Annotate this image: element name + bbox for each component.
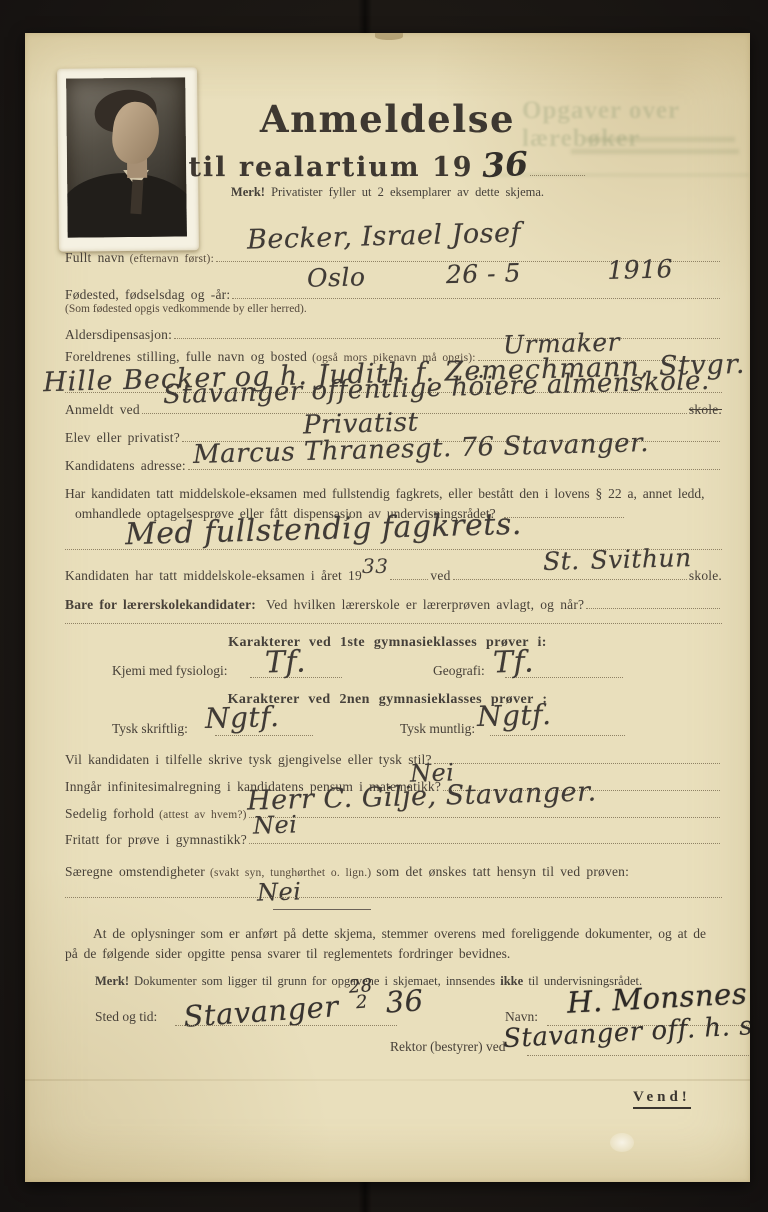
- footer-rektor-row: Rektor (bestyrer) ved: [65, 1039, 722, 1057]
- field-label: som det ønskes tatt hensyn til ved prøve…: [376, 864, 629, 880]
- field-label: Fullt navn: [65, 250, 125, 266]
- field-label-paren: (attest av hvem?): [159, 809, 247, 821]
- document-paper: Opgaver over lærebøker Anmeldelse til re…: [25, 33, 750, 1182]
- paper-spot: [610, 1133, 634, 1152]
- rektor-label: Rektor (bestyrer) ved: [390, 1039, 505, 1055]
- field-gym: Fritatt for prøve i gymnastikk?: [65, 831, 722, 848]
- field-label: Aldersdipensasjon:: [65, 327, 172, 343]
- place-date-label: Sted og tid:: [95, 1009, 157, 1025]
- dotted-line: [188, 457, 720, 470]
- grade-label-german-written: Tysk skriftlig:: [112, 721, 188, 737]
- dotted-line: [175, 1011, 397, 1026]
- handwritten-grade-chemistry: Tf.: [265, 644, 307, 680]
- form-subtitle-text: til realartium 19: [188, 152, 473, 183]
- field-address: Kandidatens adresse:: [65, 457, 722, 474]
- struck-word-skole: skole.: [689, 402, 722, 418]
- field-birth-hint: (Som fødested opgis vedkommende by eller…: [65, 303, 307, 315]
- field-label: Kandidatens adresse:: [65, 458, 186, 474]
- field-label: ved: [430, 568, 450, 584]
- field-label-paren: (efternavn først):: [130, 253, 214, 265]
- field-label: Vil kandidaten i tilfelle skrive tysk gj…: [65, 752, 432, 768]
- section-divider: [273, 909, 371, 910]
- form-title: Anmeldelse: [25, 97, 750, 141]
- note-bold: Merk!: [95, 974, 129, 988]
- dotted-line: [390, 567, 428, 580]
- field-birth: Fødested, fødselsdag og -år:: [65, 286, 722, 303]
- handwritten-exam-year: 33: [362, 554, 388, 578]
- handwritten-grade-german-oral: Ngtf.: [477, 698, 552, 733]
- handwritten-grade-german-written: Ngtf.: [205, 700, 280, 735]
- field-label: Anmeldt ved: [65, 402, 140, 418]
- field-german-style: Vil kandidaten i tilfelle skrive tysk gj…: [65, 751, 722, 768]
- dotted-line: [586, 596, 720, 609]
- dotted-line: [174, 326, 720, 339]
- field-label: Sedelig forhold: [65, 806, 154, 822]
- vend-label: Vend!: [633, 1089, 691, 1109]
- field-label-bold: Bare for lærerskolekandidater:: [65, 597, 256, 613]
- grades-row-second: Tysk skriftlig: Ngtf. Tysk muntlig: Ngtf…: [65, 721, 722, 739]
- note-emphasis: ikke: [500, 974, 523, 988]
- dotted-line: [249, 805, 720, 818]
- field-label: Elev eller privatist?: [65, 430, 180, 446]
- form-note: Merk! Privatister fyller ut 2 eksemplare…: [25, 185, 750, 200]
- handwritten-exam-school: St. Svithun: [542, 543, 691, 576]
- grades-header-first: Karakterer ved 1ste gymnasieklasses prøv…: [25, 635, 750, 651]
- handwritten-birth-year: 1916: [607, 254, 673, 285]
- field-middelskole-year: Kandidaten har tatt middelskole-eksamen …: [65, 561, 722, 585]
- note-text: Privatister fyller ut 2 eksemplarer av d…: [271, 185, 544, 199]
- dotted-line: St. Svithun: [453, 567, 687, 580]
- paper-stain: [375, 33, 403, 40]
- handwritten-birth-date: 26 - 5: [445, 258, 521, 289]
- grade-label-german-oral: Tysk muntlig:: [400, 721, 475, 737]
- grades-header-second: Karakterer ved 2nen gymnasieklasses prøv…: [25, 692, 750, 708]
- form-subtitle: til realartium 19 36: [25, 145, 750, 184]
- field-label: Kandidaten har tatt middelskole-eksamen …: [65, 568, 362, 584]
- dotted-line: [65, 623, 722, 624]
- grade-label-geography: Geografi:: [433, 663, 485, 679]
- field-label: Ved hvilken lærerskole er lærerprøven av…: [266, 597, 584, 613]
- field-conduct: Sedelig forhold (attest av hvem?): [65, 805, 722, 822]
- dotted-line: [527, 1041, 750, 1056]
- handwritten-year: 36: [481, 144, 529, 185]
- dotted-line: [434, 751, 720, 764]
- field-label: Fødested, fødselsdag og -år:: [65, 287, 230, 303]
- field-label: skole.: [689, 568, 722, 584]
- grades-row-first: Kjemi med fysiologi: Tf. Geografi: Tf.: [65, 663, 722, 681]
- dotted-line: [65, 897, 722, 898]
- field-age-dispensation: Aldersdipensasjon:: [65, 326, 722, 343]
- note-bold: Merk!: [231, 185, 265, 199]
- dotted-line: [530, 163, 585, 176]
- field-teacher-only: Bare for lærerskolekandidater: Ved hvilk…: [65, 596, 722, 613]
- declaration-paragraph: At de oplysninger som er anført på dette…: [65, 924, 720, 963]
- handwritten-grade-geography: Tf.: [493, 644, 535, 680]
- field-label: Særegne omstendigheter: [65, 864, 205, 880]
- grade-label-chemistry: Kjemi med fysiologi:: [112, 663, 228, 679]
- handwritten-special-answer: Nei: [257, 877, 302, 906]
- paper-crease: [25, 1079, 750, 1081]
- dotted-line: [249, 831, 720, 844]
- field-special-circumstances: Særegne omstendigheter (svakt syn, tungh…: [65, 864, 722, 880]
- handwritten-date-fraction: 282: [348, 978, 374, 1012]
- field-label: Fritatt for prøve i gymnastikk?: [65, 832, 247, 848]
- dotted-line: [232, 286, 720, 299]
